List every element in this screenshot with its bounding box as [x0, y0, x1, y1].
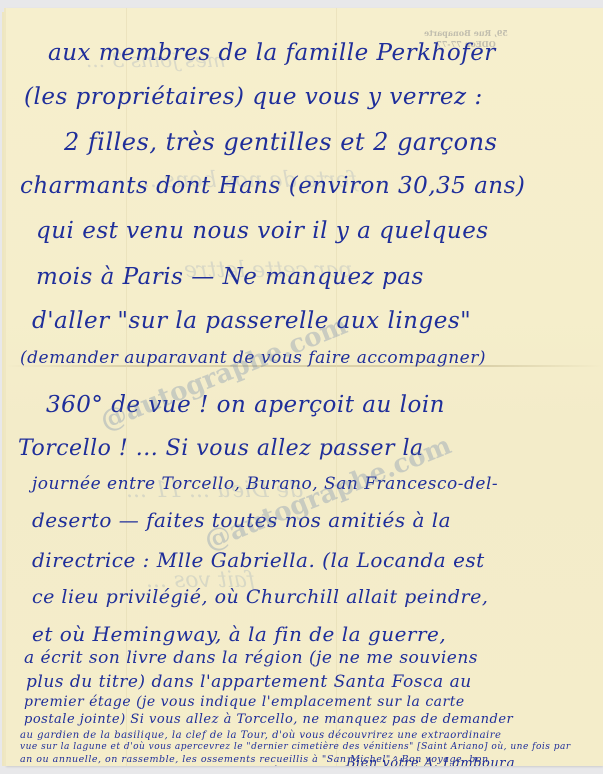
letter-line: 2 filles, très gentilles et 2 garçons [64, 128, 497, 156]
letter-page: 59, Rue Bonaparte ODEon 77-77 mes joins … [6, 8, 603, 766]
signature-line: Bien vôtre A. Lambourg [346, 756, 515, 766]
letter-line: ce lieu privilégié, où Churchill allait … [32, 586, 488, 608]
letter-line: journée entre Torcello, Burano, San Fran… [32, 474, 498, 494]
letter-line: aux membres de la famille Perkhofer [48, 40, 496, 66]
letter-line: et où Hemingway, à la fin de la guerre, [32, 622, 446, 646]
letter-line: postale jointe) Si vous allez à Torcello… [24, 712, 513, 727]
letter-line: Torcello ! ... Si vous allez passer la [18, 436, 424, 461]
letter-line: plus du titre) dans l'appartement Santa … [26, 672, 472, 692]
letter-line: premier étage (je vous indique l'emplace… [24, 694, 465, 710]
letter-line: mois à Paris — Ne manquez pas [36, 264, 424, 290]
letter-line: d'aller "sur la passerelle aux linges" [32, 308, 471, 334]
letter-line: au gardien de la basilique, la clef de l… [20, 730, 501, 741]
letter-line: (les propriétaires) que vous y verrez : [24, 84, 483, 110]
letter-line: directrice : Mlle Gabriella. (la Locanda… [32, 548, 485, 572]
letter-line: qui est venu nous voir il y a quelques [36, 218, 489, 244]
letter-line: charmants dont Hans (environ 30,35 ans) [20, 173, 525, 199]
letter-line: vue sur la lagune et d'où vous apercevre… [20, 742, 571, 752]
letter-line: a écrit son livre dans la région (je ne … [24, 648, 478, 668]
letterhead-address: 59, Rue Bonaparte [424, 28, 508, 39]
